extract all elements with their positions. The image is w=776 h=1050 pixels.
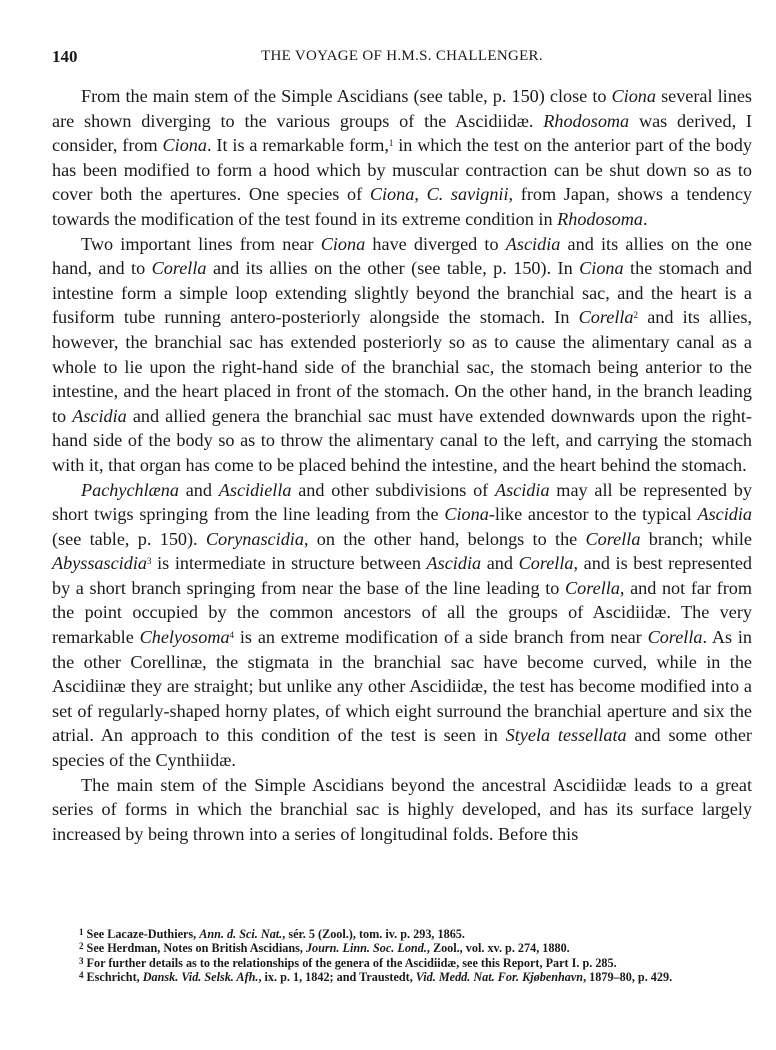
paragraph: From the main stem of the Simple Ascidia… [52, 84, 752, 232]
italic-term: Ascidia [506, 234, 561, 254]
page-header: 140 THE VOYAGE OF H.M.S. CHALLENGER. [52, 47, 752, 69]
italic-term: Ascidia [495, 480, 550, 500]
footnote-marker: 3 [147, 556, 152, 566]
italic-term: Ciona [370, 184, 414, 204]
italic-term: Styela tessellata [506, 725, 627, 745]
italic-term: Rhodosoma [543, 111, 629, 131]
italic-term: Corella [565, 578, 620, 598]
italic-term: Ascidiella [219, 480, 292, 500]
italic-term: Ascidia [72, 406, 127, 426]
italic-term: Ciona [163, 135, 207, 155]
italic-term: Ciona [579, 258, 623, 278]
footnote-marker: 2 [79, 941, 84, 951]
footnote-marker: 1 [389, 138, 394, 148]
footnote-marker: 1 [79, 927, 84, 937]
paragraph: The main stem of the Simple Ascidians be… [52, 773, 752, 847]
paragraph: Two important lines from near Ciona have… [52, 232, 752, 478]
italic-term: Corynascidia [206, 529, 304, 549]
italic-term: Rhodosoma [557, 209, 643, 229]
italic-term: Corella [586, 529, 641, 549]
italic-term: Ciona [612, 86, 656, 106]
footnote: 4 Eschricht, Dansk. Vid. Selsk. Afh., ix… [52, 970, 752, 984]
italic-term: Vid. Medd. Nat. For. Kjøbenhavn [416, 970, 583, 984]
italic-term: Chelyosoma [140, 627, 230, 647]
paragraph: Pachychlæna and Ascidiella and other sub… [52, 478, 752, 773]
footnote-marker: 4 [79, 970, 84, 980]
running-title: THE VOYAGE OF H.M.S. CHALLENGER. [52, 48, 752, 65]
italic-term: Corella [648, 627, 703, 647]
footnote: 3 For further details as to the relation… [52, 956, 752, 970]
italic-term: Corella [152, 258, 207, 278]
italic-term: Pachychlæna [81, 480, 179, 500]
italic-term: Dansk. Vid. Selsk. Afh. [143, 970, 259, 984]
italic-term: Ascidia [427, 553, 482, 573]
italic-term: C. savignii [427, 184, 509, 204]
footnote: 2 See Herdman, Notes on British Ascidian… [52, 941, 752, 955]
footnote: 1 See Lacaze-Duthiers, Ann. d. Sci. Nat.… [52, 927, 752, 941]
footnotes: 1 See Lacaze-Duthiers, Ann. d. Sci. Nat.… [52, 927, 752, 985]
italic-term: Ascidia [697, 504, 752, 524]
body-text: From the main stem of the Simple Ascidia… [52, 84, 752, 846]
italic-term: Journ. Linn. Soc. Lond. [306, 941, 427, 955]
italic-term: Ciona [321, 234, 365, 254]
italic-term: Corella [519, 553, 574, 573]
italic-term: Ann. d. Sci. Nat. [199, 927, 282, 941]
italic-term: Abyssascidia [52, 553, 147, 573]
footnote-marker: 4 [230, 630, 235, 640]
footnote-marker: 2 [634, 310, 639, 320]
italic-term: Corella [579, 307, 634, 327]
footnote-marker: 3 [79, 956, 84, 966]
italic-term: Ciona [444, 504, 488, 524]
